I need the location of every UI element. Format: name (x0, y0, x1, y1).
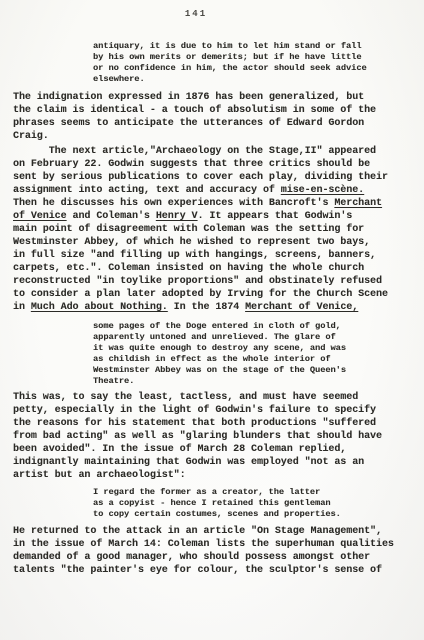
text-segment: from bad acting" as well as "glaring blu… (13, 431, 382, 442)
text-line: elsewhere. (93, 74, 414, 85)
text-line: Westminster Abbey was on the stage of th… (93, 365, 414, 376)
text-line: Theatre. (93, 376, 414, 387)
block-quote: antiquary, it is due to him to let him s… (93, 41, 414, 85)
block-quote: some pages of the Doge entered in cloth … (93, 321, 414, 387)
text-line: in Much Ado about Nothing. In the 1874 M… (13, 301, 414, 314)
text-segment: He returned to the attack in an article … (13, 526, 382, 537)
text-line: to consider a plan later adopted by Irvi… (13, 288, 414, 301)
text-line: it was quite enough to destroy any scene… (93, 343, 414, 354)
text-segment: Theatre. (93, 376, 134, 386)
page-number: 141 (0, 0, 408, 19)
text-segment: to consider a plan later adopted by Irvi… (13, 289, 388, 300)
text-line: on February 22. Godwin suggests that thr… (13, 158, 414, 171)
text-line: He returned to the attack in an article … (13, 525, 414, 538)
text-line: assignment into acting, text and accurac… (13, 184, 414, 197)
text-segment: in (13, 302, 31, 313)
text-line: artist but an archaeologist": (13, 469, 414, 482)
text-segment: main point of disagreement with Coleman … (13, 224, 364, 235)
text-segment: Craig. (13, 131, 49, 142)
text-segment: by his own merits or demerits; but if he… (93, 52, 362, 62)
page-body: antiquary, it is due to him to let him s… (0, 41, 424, 577)
text-segment: antiquary, it is due to him to let him s… (93, 41, 362, 51)
text-segment: been avoided". In the issue of March 28 … (13, 444, 346, 455)
text-line: from bad acting" as well as "glaring blu… (13, 430, 414, 443)
text-line: to copy certain costumes, scenes and pro… (93, 509, 414, 520)
block-quote: I regard the former as a creator, the la… (93, 487, 414, 520)
text-segment: on February 22. Godwin suggests that thr… (13, 159, 370, 170)
text-line: demanded of a good manager, who should p… (13, 551, 414, 564)
text-line: by his own merits or demerits; but if he… (93, 52, 414, 63)
text-segment: indignantly maintaining that Godwin was … (13, 457, 364, 468)
text-line: Craig. (13, 130, 414, 143)
text-segment: apparently untoned and unrelieved. The g… (93, 332, 336, 342)
text-line: talents "the painter's eye for colour, t… (13, 564, 414, 577)
text-segment: This was, to say the least, tactless, an… (13, 392, 358, 403)
text-segment: Westminster Abbey, of which he wished to… (13, 237, 370, 248)
underlined-work-title: Merchant (334, 198, 382, 209)
text-segment: The next article,"Archaeology on the Sta… (13, 146, 376, 157)
text-segment: Then he discusses his own experiences wi… (13, 198, 334, 209)
text-segment: or no confidence in him, the actor shoul… (93, 63, 367, 73)
text-segment: phrases seems to anticipate the utteranc… (13, 118, 364, 129)
text-line: the claim is identical - a touch of abso… (13, 104, 414, 117)
text-line: Then he discusses his own experiences wi… (13, 197, 414, 210)
text-line: some pages of the Doge entered in cloth … (93, 321, 414, 332)
underlined-work-title: Merchant of Venice, (245, 302, 358, 313)
text-line: The indignation expressed in 1876 has be… (13, 91, 414, 104)
text-segment: in full size "and filling up with hangin… (13, 250, 376, 261)
text-segment: . It appears that Godwin's (198, 211, 353, 222)
text-segment: the reasons for his statement that both … (13, 418, 376, 429)
text-line: indignantly maintaining that Godwin was … (13, 456, 414, 469)
scanned-manuscript-page: 141 antiquary, it is due to him to let h… (0, 0, 424, 640)
text-segment: reconstructed "in toylike proportions" a… (13, 276, 382, 287)
text-line: in full size "and filling up with hangin… (13, 249, 414, 262)
text-segment: carpets, etc.". Coleman insisted on havi… (13, 263, 364, 274)
paragraph: The indignation expressed in 1876 has be… (13, 91, 414, 143)
text-segment: assignment into acting, text and accurac… (13, 185, 281, 196)
text-segment: as childish in effect as the whole inter… (93, 354, 331, 364)
paragraph: He returned to the attack in an article … (13, 525, 414, 577)
text-segment: the claim is identical - a touch of abso… (13, 105, 376, 116)
underlined-work-title: Henry V (156, 211, 198, 222)
text-line: This was, to say the least, tactless, an… (13, 391, 414, 404)
text-line: reconstructed "in toylike proportions" a… (13, 275, 414, 288)
text-line: sent by serious publications to cover ea… (13, 171, 414, 184)
text-line: as childish in effect as the whole inter… (93, 354, 414, 365)
text-line: petty, especially in the light of Godwin… (13, 404, 414, 417)
text-line: or no confidence in him, the actor shoul… (93, 63, 414, 74)
underlined-work-title: of Venice (13, 211, 67, 222)
text-segment: Westminster Abbey was on the stage of th… (93, 365, 346, 375)
paragraph: This was, to say the least, tactless, an… (13, 391, 414, 482)
text-segment: artist but an archaeologist": (13, 470, 186, 481)
text-segment: I regard the former as a creator, the la… (93, 487, 320, 497)
text-line: antiquary, it is due to him to let him s… (93, 41, 414, 52)
text-segment: elsewhere. (93, 74, 145, 84)
underlined-work-title: Much Ado about Nothing. (31, 302, 168, 313)
text-segment: petty, especially in the light of Godwin… (13, 405, 376, 416)
text-line: Westminster Abbey, of which he wished to… (13, 236, 414, 249)
text-line: carpets, etc.". Coleman insisted on havi… (13, 262, 414, 275)
text-line: I regard the former as a creator, the la… (93, 487, 414, 498)
text-line: as a copyist - hence I retained this gen… (93, 498, 414, 509)
text-segment: In the 1874 (168, 302, 245, 313)
text-segment: as a copyist - hence I retained this gen… (93, 498, 331, 508)
text-segment: some pages of the Doge entered in cloth … (93, 321, 341, 331)
underlined-work-title: mise-en-scène. (281, 185, 364, 196)
text-segment: demanded of a good manager, who should p… (13, 552, 370, 563)
text-segment: and Coleman's (67, 211, 156, 222)
text-segment: to copy certain costumes, scenes and pro… (93, 509, 341, 519)
text-segment: The indignation expressed in 1876 has be… (13, 92, 364, 103)
text-line: apparently untoned and unrelieved. The g… (93, 332, 414, 343)
text-line: in the issue of March 14: Coleman lists … (13, 538, 414, 551)
text-segment: in the issue of March 14: Coleman lists … (13, 539, 394, 550)
text-segment: talents "the painter's eye for colour, t… (13, 565, 382, 576)
text-segment: sent by serious publications to cover ea… (13, 172, 388, 183)
text-line: phrases seems to anticipate the utteranc… (13, 117, 414, 130)
text-segment: it was quite enough to destroy any scene… (93, 343, 346, 353)
text-line: The next article,"Archaeology on the Sta… (13, 145, 414, 158)
text-line: of Venice and Coleman's Henry V. It appe… (13, 210, 414, 223)
paragraph: The next article,"Archaeology on the Sta… (13, 145, 414, 314)
text-line: main point of disagreement with Coleman … (13, 223, 414, 236)
text-line: been avoided". In the issue of March 28 … (13, 443, 414, 456)
text-line: the reasons for his statement that both … (13, 417, 414, 430)
